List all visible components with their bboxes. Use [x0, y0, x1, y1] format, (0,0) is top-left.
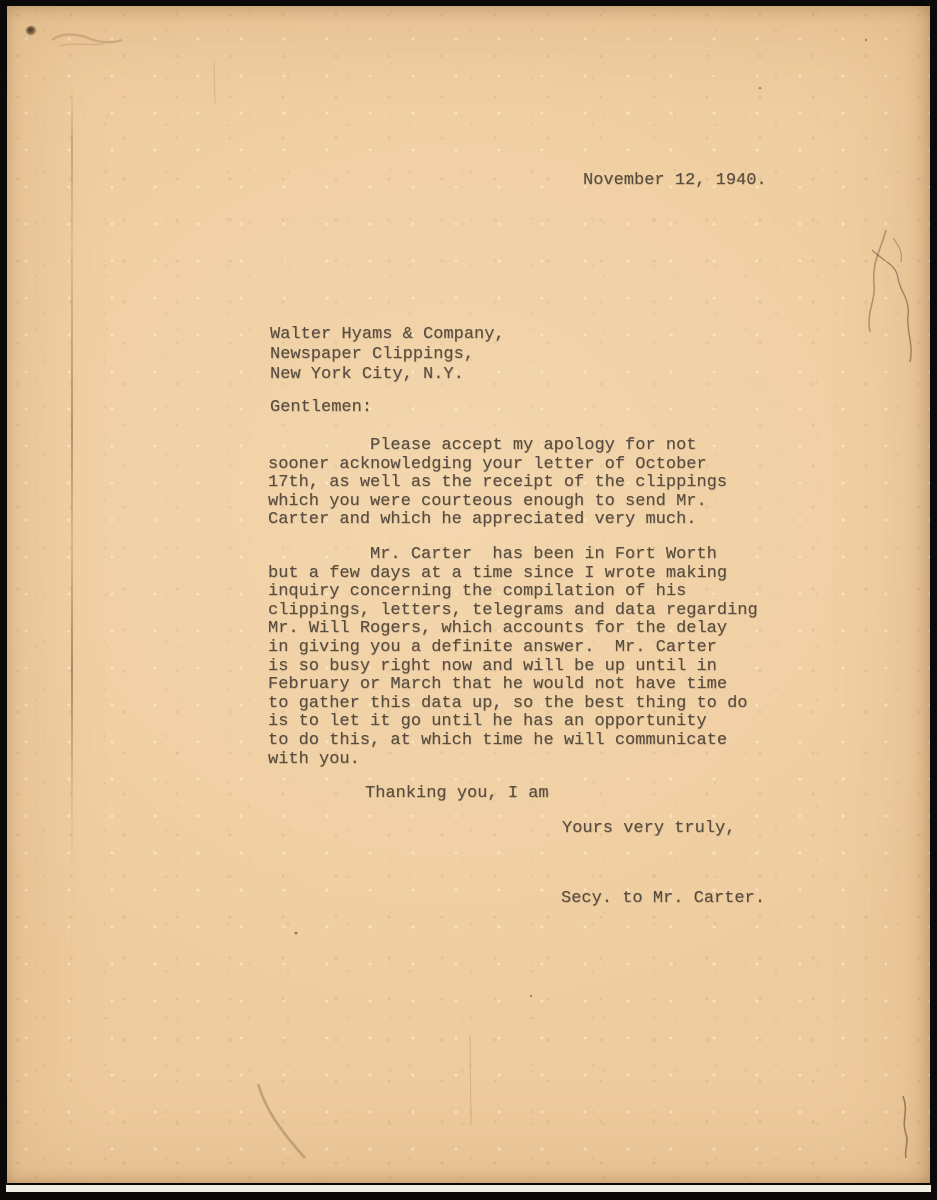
ink-blot-mark — [26, 26, 36, 35]
recipient-address: Walter Hyams & Company, Newspaper Clippi… — [270, 325, 505, 385]
paper-fold-line — [71, 85, 73, 875]
scanner-paper-edge — [6, 1185, 931, 1192]
complimentary-close: Yours very truly, — [562, 820, 735, 839]
letter-scan: November 12, 1940. Walter Hyams & Compan… — [0, 0, 937, 1200]
pre-closing-line: Thanking you, I am — [365, 785, 549, 804]
letter-date: November 12, 1940. — [583, 172, 767, 191]
body-paragraph-2: Mr. Carter has been in Fort Worth but a … — [268, 546, 758, 769]
salutation: Gentlemen: — [270, 399, 372, 418]
body-paragraph-1: Please accept my apology for not sooner … — [268, 437, 727, 530]
signature-line: Secy. to Mr. Carter. — [561, 890, 765, 909]
